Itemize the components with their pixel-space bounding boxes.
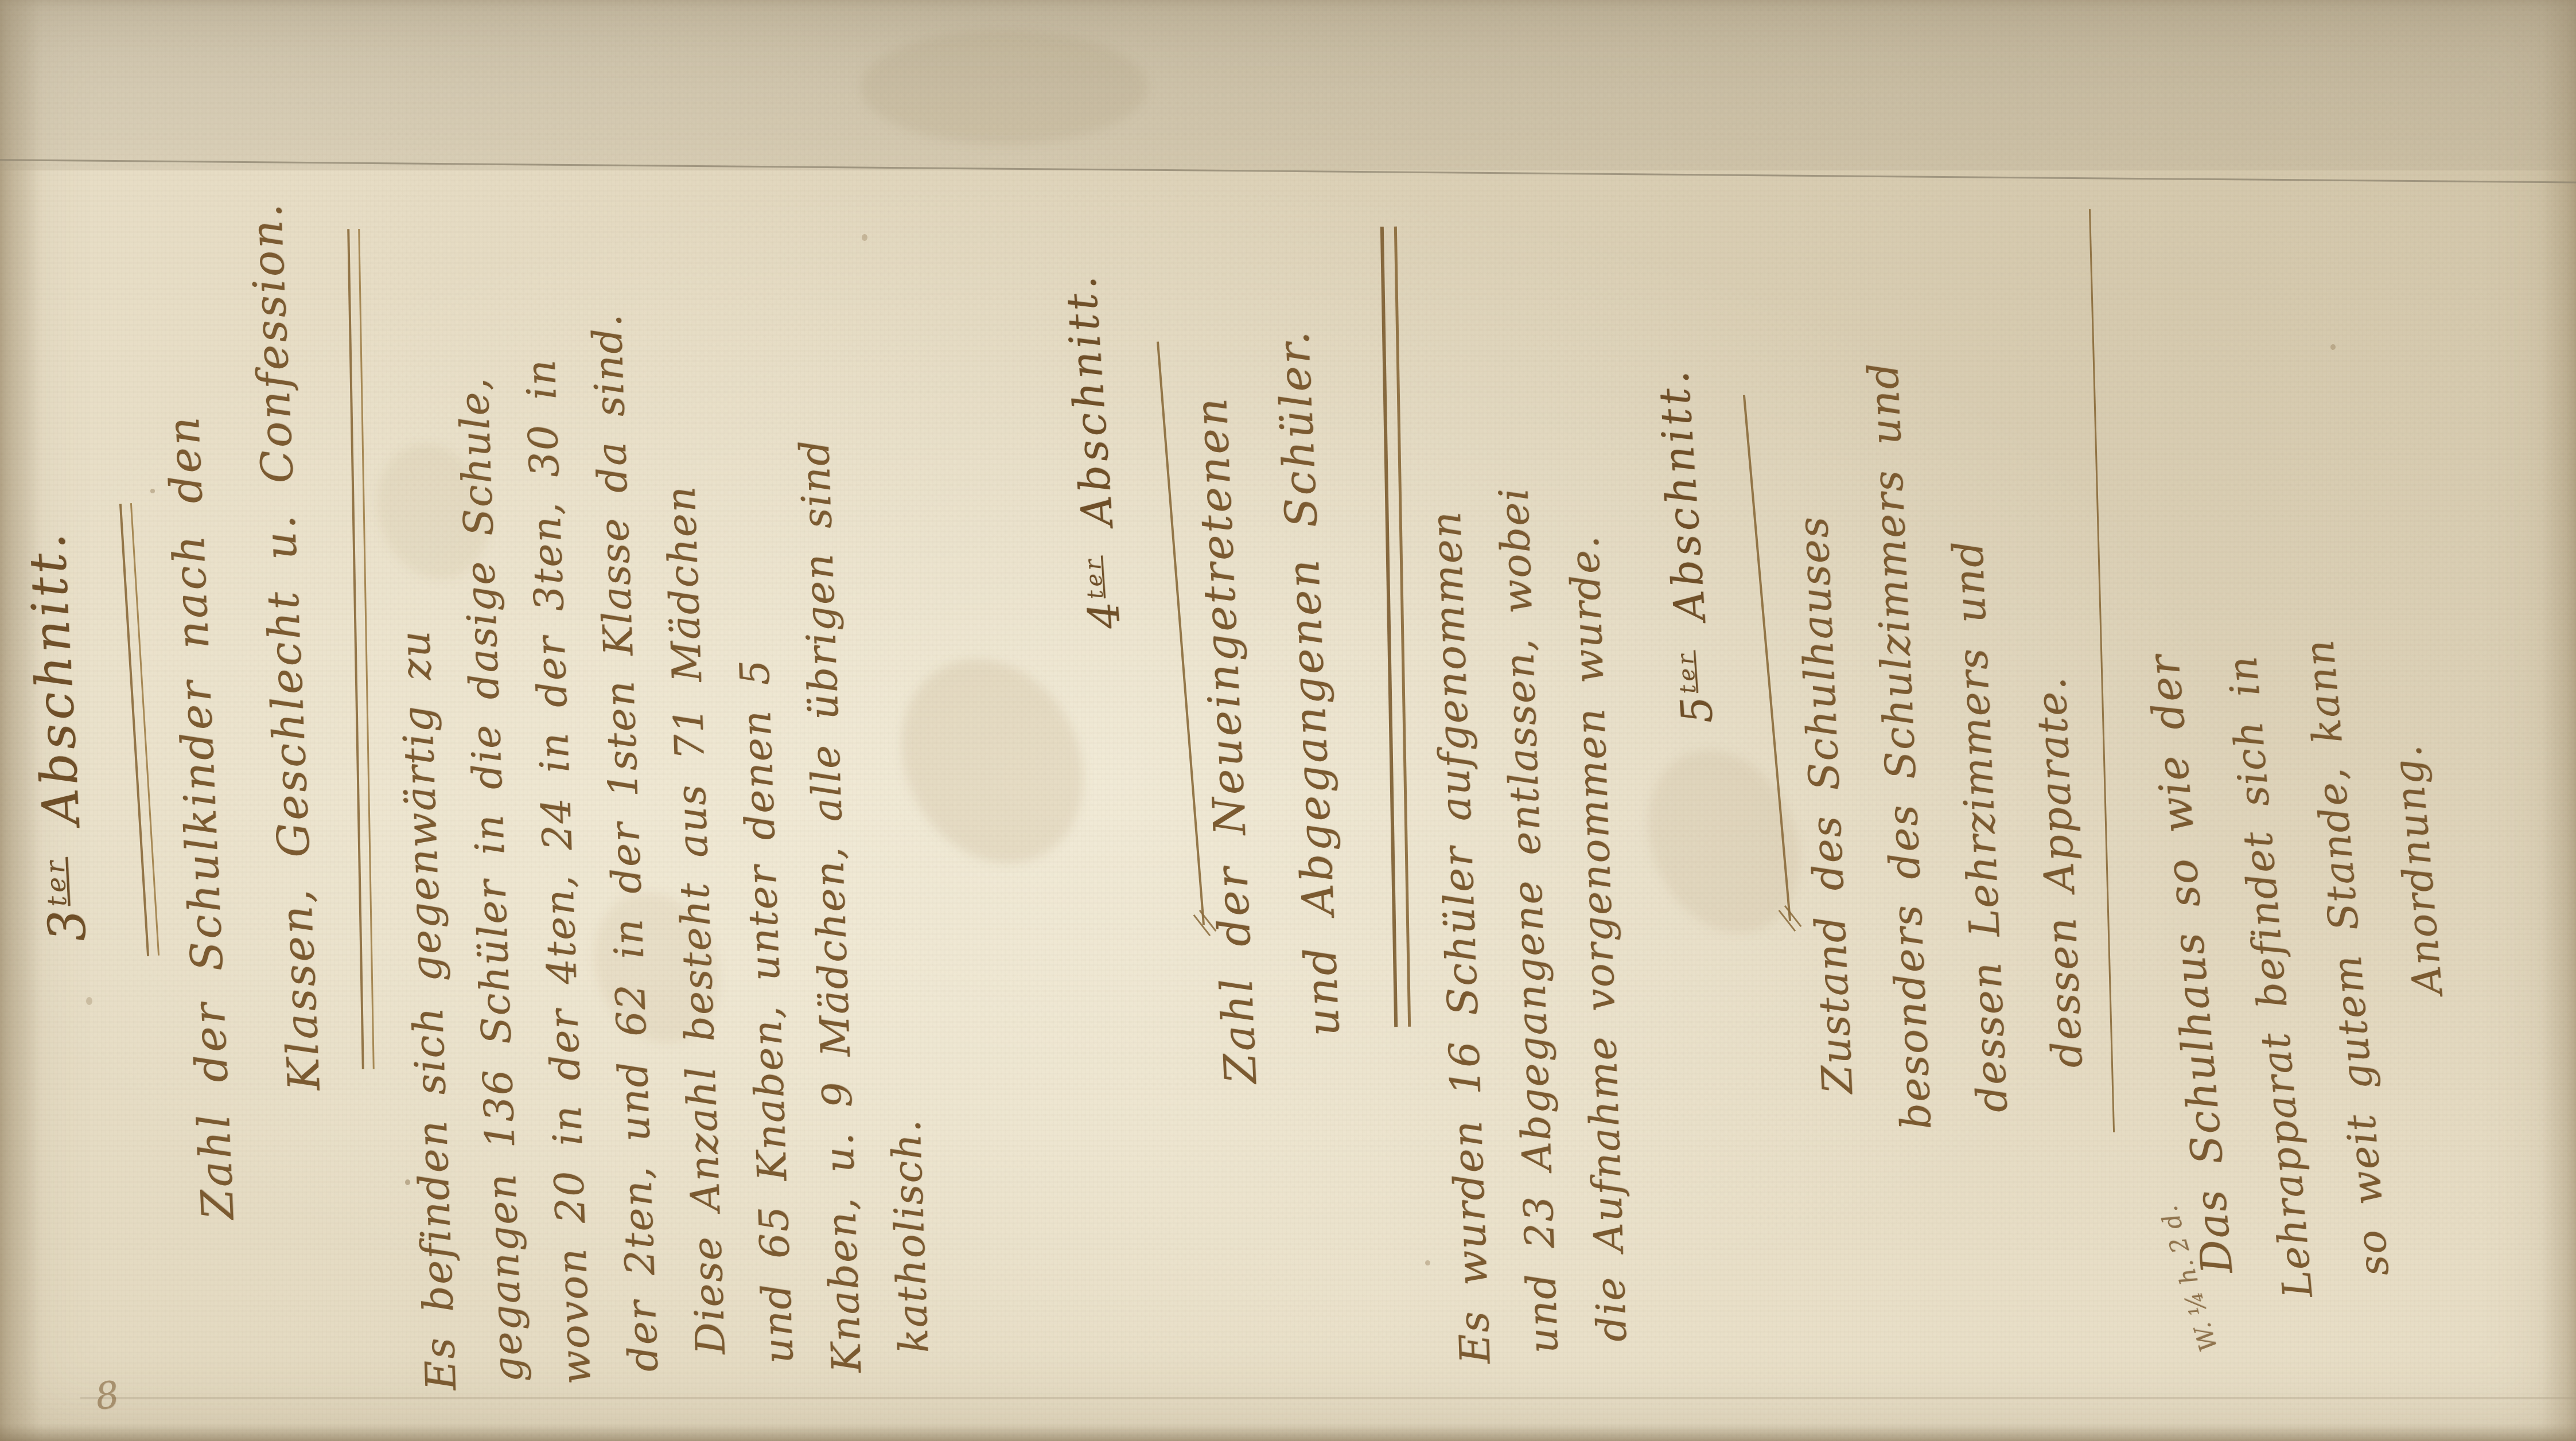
section-3-ordinal: 3: [37, 905, 98, 943]
section-5-body: Das Schulhaus so wie der Lehrapparat bef…: [2082, 140, 2495, 1327]
section-4-body: Es wurden 16 Schüler aufgenommen und 23 …: [1398, 131, 1647, 1365]
section-5-ordinal: 5: [1671, 691, 1722, 725]
page-number: 8: [93, 1373, 122, 1419]
section-3-heading-underline: [119, 503, 159, 956]
section-5-subtitle: Zustand des Schulhauses besonders des Sc…: [1758, 147, 2108, 1135]
section-4-ordinal: 4: [1079, 597, 1130, 630]
foxing-spot: [86, 997, 92, 1005]
section-4-subtitle-line-2: und Abgegangenen Schüler.: [1267, 328, 1349, 1037]
foxing-spot: [1425, 1260, 1430, 1265]
manuscript-page: 8 3ter Abschnitt. Zahl der Schulkinder n…: [0, 0, 2576, 1441]
section-5-ordinal-suffix: ter: [1672, 650, 1701, 695]
section-4-ordinal-suffix: ter: [1080, 555, 1108, 600]
section-3-subtitle-line-1: Zahl der Schulkinder nach den: [157, 414, 243, 1221]
adjacent-page-strip: [0, 0, 2576, 170]
manuscript-scan: 8 3ter Abschnitt. Zahl der Schulkinder n…: [0, 0, 2576, 1441]
foxing-spot: [150, 489, 155, 493]
page-edge-shadow: [0, 1424, 2576, 1441]
page-bottom-shadow: [2542, 0, 2576, 1441]
section-4-heading: 4ter Abschnitt.: [1056, 271, 1130, 630]
section-5-heading-word: Abschnitt.: [1648, 366, 1715, 622]
section-4-heading-word: Abschnitt.: [1056, 271, 1123, 528]
section-4-subtitle-line-1: Zahl der Neueingetretenen: [1185, 395, 1266, 1085]
section-3-subtitle-underline: [347, 229, 375, 1069]
section-5-heading: 5ter Abschnitt.: [1648, 366, 1722, 725]
section-3-ordinal-suffix: ter: [40, 857, 72, 908]
section-3-body: Es befinden sich gegenwärtig zu gegangen…: [364, 134, 949, 1392]
pencil-margin-line: [80, 1397, 2576, 1399]
section-3-subtitle-line-2: Klassen, Geschlecht u. Confession.: [240, 201, 330, 1092]
